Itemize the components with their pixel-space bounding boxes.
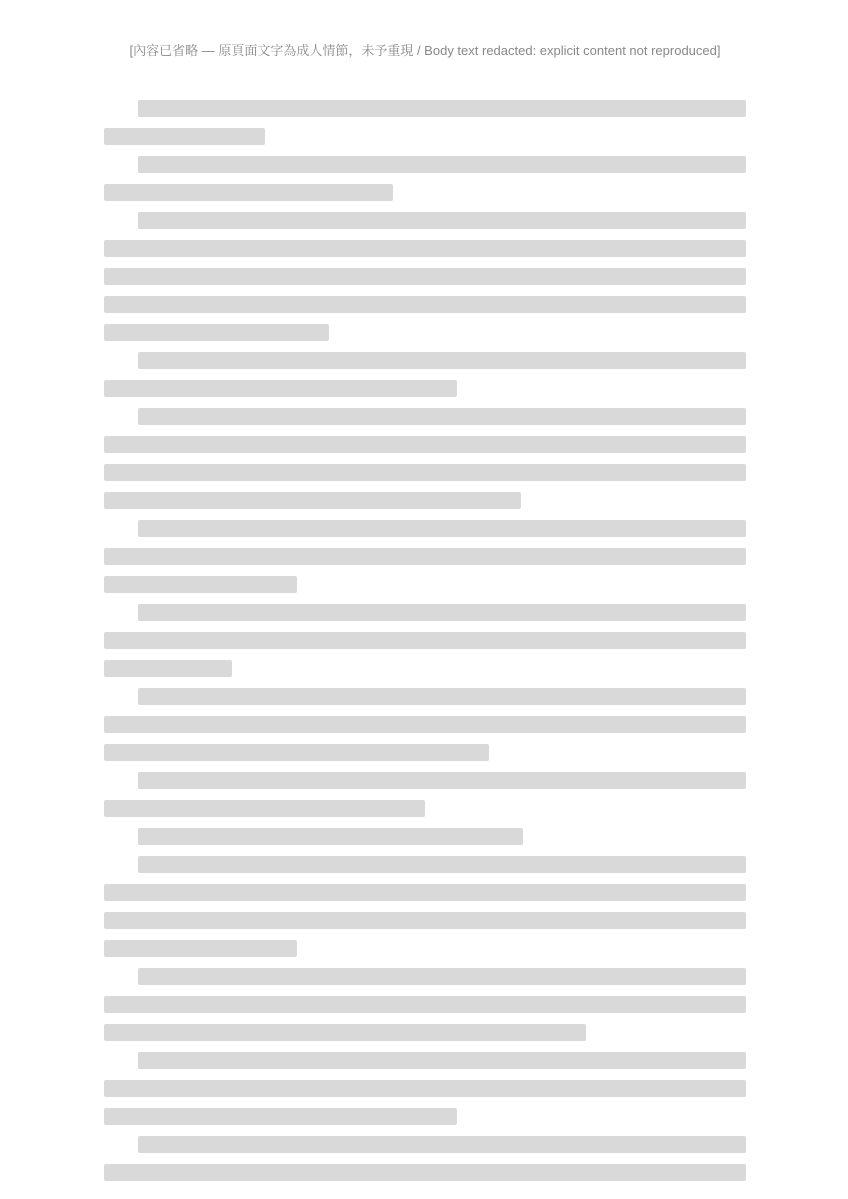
redacted-text-line	[138, 772, 746, 789]
redacted-text-line	[104, 548, 746, 565]
redacted-text-line	[104, 800, 425, 817]
redaction-notice: [內容已省略 — 原頁面文字為成人情節，未予重現 / Body text red…	[104, 40, 746, 59]
redacted-text-line	[104, 380, 457, 397]
redacted-text-line	[104, 128, 265, 145]
redacted-paragraph	[104, 688, 746, 761]
redacted-text-line	[104, 436, 746, 453]
redacted-text-line	[104, 744, 489, 761]
redacted-text-line	[138, 1136, 746, 1153]
redacted-text-line	[104, 716, 746, 733]
redacted-paragraph	[104, 968, 746, 1041]
redacted-text-line	[138, 212, 746, 229]
redacted-paragraph	[104, 212, 746, 341]
redacted-paragraph	[104, 828, 746, 845]
text-column	[104, 100, 746, 1192]
redacted-paragraph	[104, 156, 746, 201]
redacted-text-line	[138, 856, 746, 873]
redacted-paragraph	[104, 520, 746, 593]
redacted-text-line	[104, 912, 746, 929]
redacted-text-line	[104, 184, 393, 201]
redacted-text-line	[104, 884, 746, 901]
redacted-text-line	[104, 660, 232, 677]
redacted-text-line	[104, 1080, 746, 1097]
redacted-text-line	[104, 464, 746, 481]
redacted-text-line	[104, 940, 297, 957]
redacted-paragraph	[104, 100, 746, 145]
redacted-text-line	[138, 352, 746, 369]
document-page: [內容已省略 — 原頁面文字為成人情節，未予重現 / Body text red…	[0, 0, 848, 1199]
redacted-text-line	[138, 828, 523, 845]
redacted-text-line	[104, 1108, 457, 1125]
redacted-text-line	[104, 324, 329, 341]
redacted-paragraph	[104, 856, 746, 957]
redacted-text-line	[138, 520, 746, 537]
redacted-text-line	[138, 1052, 746, 1069]
redacted-text-line	[138, 408, 746, 425]
redacted-paragraph	[104, 1052, 746, 1125]
redacted-text-line	[104, 492, 521, 509]
redacted-text-line	[104, 632, 746, 649]
redacted-text-line	[138, 968, 746, 985]
redacted-text-line	[104, 576, 297, 593]
redacted-text-line	[138, 688, 746, 705]
redacted-text-line	[104, 240, 746, 257]
redacted-text-line	[138, 604, 746, 621]
redacted-paragraph	[104, 772, 746, 817]
redacted-text-line	[104, 296, 746, 313]
redacted-text-line	[138, 156, 746, 173]
redacted-paragraph	[104, 604, 746, 677]
redacted-text-line	[104, 1164, 746, 1181]
redacted-text-line	[104, 996, 746, 1013]
redacted-text-line	[104, 268, 746, 285]
redacted-paragraph	[104, 408, 746, 509]
redacted-paragraph	[104, 352, 746, 397]
redacted-text-line	[104, 1024, 586, 1041]
redacted-paragraph	[104, 1136, 746, 1181]
redacted-text-line	[138, 100, 746, 117]
